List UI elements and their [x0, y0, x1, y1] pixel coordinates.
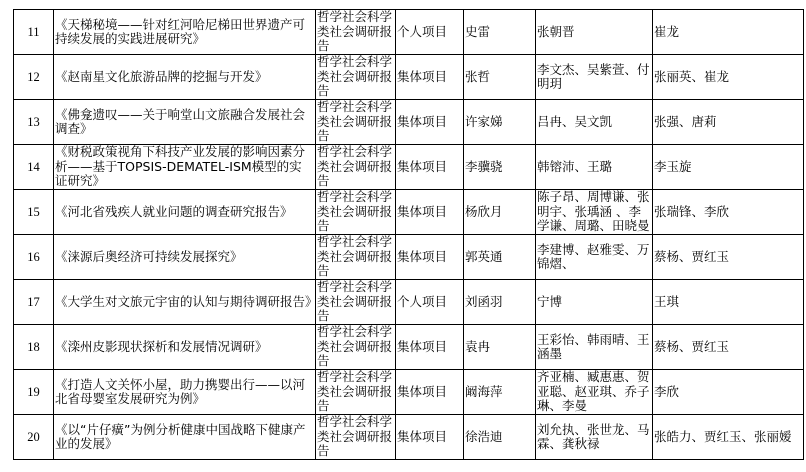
row-number: 17: [14, 280, 54, 325]
project-category: 哲学社会科学类社会调研报告: [316, 280, 396, 325]
row-number: 13: [14, 100, 54, 145]
table-row: 17 《大学生对文旅元宇宙的认知与期待调研报告》 哲学社会科学类社会调研报告 个…: [14, 280, 804, 325]
project-category: 哲学社会科学类社会调研报告: [316, 325, 396, 370]
row-number: 11: [14, 10, 54, 55]
project-category-text: 哲学社会科学类社会调研报告: [317, 415, 394, 459]
table-row: 13 《佛龛遗叹——关于响堂山文旅融合发展社会调查》 哲学社会科学类社会调研报告…: [14, 100, 804, 145]
project-type: 集体项目: [396, 100, 464, 145]
projects-table: 11 《天梯秘境——针对红河哈尼梯田世界遗产可持续发展的实践进展研究》 哲学社会…: [13, 9, 804, 460]
project-advisors: 李玉旋: [653, 145, 804, 190]
project-category: 哲学社会科学类社会调研报告: [316, 10, 396, 55]
project-title: 《打造人文关怀小屋，助力携婴出行——以河北省母婴室发展研究为例》: [54, 370, 316, 415]
project-category: 哲学社会科学类社会调研报告: [316, 145, 396, 190]
project-type: 个人项目: [396, 280, 464, 325]
project-type: 集体项目: [396, 235, 464, 280]
project-advisors: 张瑞锋、李欣: [653, 190, 804, 235]
table-row: 15 《河北省残疾人就业问题的调查研究报告》 哲学社会科学类社会调研报告 集体项…: [14, 190, 804, 235]
project-leader: 刘函羽: [464, 280, 536, 325]
project-members: 张朝晋: [536, 10, 653, 55]
table-row: 20 《以“片仔癀”为例分析健康中国战略下健康产业的发展》 哲学社会科学类社会调…: [14, 415, 804, 460]
project-title: 《财税政策视角下科技产业发展的影响因素分析——基于TOPSIS-DEMATEL-…: [54, 145, 316, 190]
table-row: 18 《滦州皮影现状探析和发展情况调研》 哲学社会科学类社会调研报告 集体项目 …: [14, 325, 804, 370]
project-title: 《滦州皮影现状探析和发展情况调研》: [54, 325, 316, 370]
row-number: 12: [14, 55, 54, 100]
project-category: 哲学社会科学类社会调研报告: [316, 370, 396, 415]
project-category: 哲学社会科学类社会调研报告: [316, 55, 396, 100]
project-type: 集体项目: [396, 145, 464, 190]
row-number: 18: [14, 325, 54, 370]
project-members: 陈子昂、周博谦、张明宇、张瑀涵 、李学谦、周璐、田晓曼: [536, 190, 653, 235]
project-members: 李文杰、吴紫萱、付明玥: [536, 55, 653, 100]
row-number: 20: [14, 415, 54, 460]
project-leader: 徐浩迪: [464, 415, 536, 460]
project-members: 齐亚楠、臧惠惠、贺亚聪、赵亚琪、乔子琳、李曼: [536, 370, 653, 415]
table-row: 16 《涞源后奥经济可持续发展探究》 哲学社会科学类社会调研报告 集体项目 郭英…: [14, 235, 804, 280]
table-row: 19 《打造人文关怀小屋，助力携婴出行——以河北省母婴室发展研究为例》 哲学社会…: [14, 370, 804, 415]
project-advisors: 蔡杨、贾红玉: [653, 325, 804, 370]
project-leader: 史雷: [464, 10, 536, 55]
project-leader: 袁冉: [464, 325, 536, 370]
project-title: 《天梯秘境——针对红河哈尼梯田世界遗产可持续发展的实践进展研究》: [54, 10, 316, 55]
project-category-text: 哲学社会科学类社会调研报告: [317, 235, 394, 279]
row-number: 15: [14, 190, 54, 235]
project-category-text: 哲学社会科学类社会调研报告: [317, 325, 394, 369]
project-category-text: 哲学社会科学类社会调研报告: [317, 280, 394, 324]
project-category: 哲学社会科学类社会调研报告: [316, 235, 396, 280]
table-row: 14 《财税政策视角下科技产业发展的影响因素分析——基于TOPSIS-DEMAT…: [14, 145, 804, 190]
project-category: 哲学社会科学类社会调研报告: [316, 415, 396, 460]
project-title: 《河北省残疾人就业问题的调查研究报告》: [54, 190, 316, 235]
project-category-text: 哲学社会科学类社会调研报告: [317, 145, 394, 189]
row-number: 14: [14, 145, 54, 190]
project-advisors: 张皓力、贾红玉、张丽嫒: [653, 415, 804, 460]
project-members: 李建博、赵雅雯、万锦熠、: [536, 235, 653, 280]
project-advisors: 李欣: [653, 370, 804, 415]
project-advisors: 崔龙: [653, 10, 804, 55]
project-category: 哲学社会科学类社会调研报告: [316, 190, 396, 235]
project-category-text: 哲学社会科学类社会调研报告: [317, 190, 394, 234]
project-title: 《佛龛遗叹——关于响堂山文旅融合发展社会调查》: [54, 100, 316, 145]
table-row: 11 《天梯秘境——针对红河哈尼梯田世界遗产可持续发展的实践进展研究》 哲学社会…: [14, 10, 804, 55]
project-advisors: 张丽英、崔龙: [653, 55, 804, 100]
project-leader: 李骥骁: [464, 145, 536, 190]
project-members: 刘允执、张世龙、马霖、龚秋禄: [536, 415, 653, 460]
project-title: 《以“片仔癀”为例分析健康中国战略下健康产业的发展》: [54, 415, 316, 460]
project-leader: 许家娣: [464, 100, 536, 145]
row-number: 19: [14, 370, 54, 415]
project-title: 《大学生对文旅元宇宙的认知与期待调研报告》: [54, 280, 316, 325]
project-members: 王彩怡、韩雨晴、王涵墨: [536, 325, 653, 370]
row-number: 16: [14, 235, 54, 280]
project-category-text: 哲学社会科学类社会调研报告: [317, 10, 394, 54]
project-category: 哲学社会科学类社会调研报告: [316, 100, 396, 145]
table-row: 12 《赵南星文化旅游品牌的挖掘与开发》 哲学社会科学类社会调研报告 集体项目 …: [14, 55, 804, 100]
project-members: 宁博: [536, 280, 653, 325]
project-type: 集体项目: [396, 415, 464, 460]
project-category-text: 哲学社会科学类社会调研报告: [317, 370, 394, 414]
project-leader: 阚海萍: [464, 370, 536, 415]
project-category-text: 哲学社会科学类社会调研报告: [317, 100, 394, 144]
project-category-text: 哲学社会科学类社会调研报告: [317, 55, 394, 99]
project-leader: 张哲: [464, 55, 536, 100]
project-title: 《涞源后奥经济可持续发展探究》: [54, 235, 316, 280]
project-type: 集体项目: [396, 190, 464, 235]
project-leader: 郭英通: [464, 235, 536, 280]
project-advisors: 蔡杨、贾红玉: [653, 235, 804, 280]
project-title: 《赵南星文化旅游品牌的挖掘与开发》: [54, 55, 316, 100]
project-members: 韩镕沛、王璐: [536, 145, 653, 190]
project-type: 集体项目: [396, 325, 464, 370]
project-members: 吕冉、吴文凯: [536, 100, 653, 145]
project-advisors: 王琪: [653, 280, 804, 325]
project-type: 集体项目: [396, 55, 464, 100]
project-advisors: 张强、唐莉: [653, 100, 804, 145]
project-type: 个人项目: [396, 10, 464, 55]
project-leader: 杨欣月: [464, 190, 536, 235]
project-type: 集体项目: [396, 370, 464, 415]
projects-table-body: 11 《天梯秘境——针对红河哈尼梯田世界遗产可持续发展的实践进展研究》 哲学社会…: [14, 10, 804, 460]
